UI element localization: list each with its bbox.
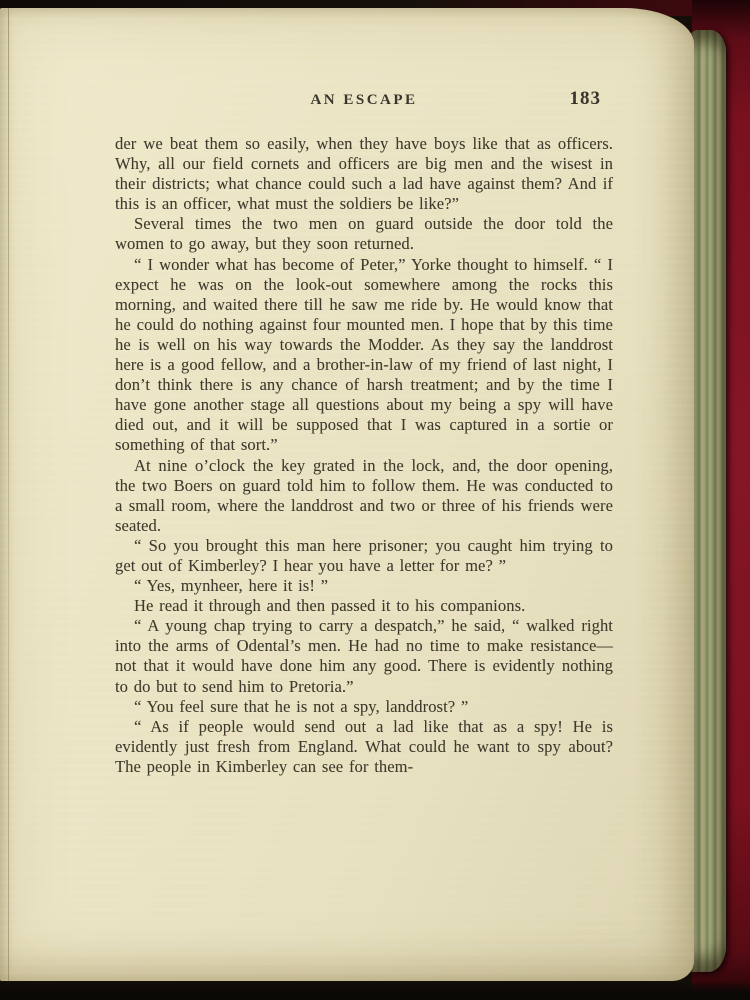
bottom-shadow-band bbox=[0, 983, 750, 1000]
paragraph: “ You feel sure that he is not a spy, la… bbox=[115, 697, 613, 717]
paragraph: “ So you brought this man here prisoner;… bbox=[115, 536, 613, 576]
page-title: AN ESCAPE bbox=[310, 92, 417, 109]
paragraph: At nine o’clock the key grated in the lo… bbox=[115, 456, 613, 536]
body-text: der we beat them so easily, when they ha… bbox=[115, 134, 613, 777]
running-header: AN ESCAPE 183 bbox=[115, 92, 613, 114]
paragraph: He read it through and then passed it to… bbox=[115, 596, 613, 616]
book-page: AN ESCAPE 183 der we beat them so easily… bbox=[0, 8, 694, 981]
paragraph: Several times the two men on guard outsi… bbox=[115, 214, 613, 254]
text-block: AN ESCAPE 183 der we beat them so easily… bbox=[115, 92, 613, 777]
paragraph: “ I wonder what has become of Peter,” Yo… bbox=[115, 255, 613, 456]
paragraph: “ Yes, mynheer, here it is! ” bbox=[115, 576, 613, 596]
page-number: 183 bbox=[570, 88, 602, 110]
book-page-scan: AN ESCAPE 183 der we beat them so easily… bbox=[0, 0, 750, 1000]
paragraph: “ A young chap trying to carry a despatc… bbox=[115, 616, 613, 696]
paragraph: “ As if people would send out a lad like… bbox=[115, 717, 613, 777]
paragraph: der we beat them so easily, when they ha… bbox=[115, 134, 613, 214]
